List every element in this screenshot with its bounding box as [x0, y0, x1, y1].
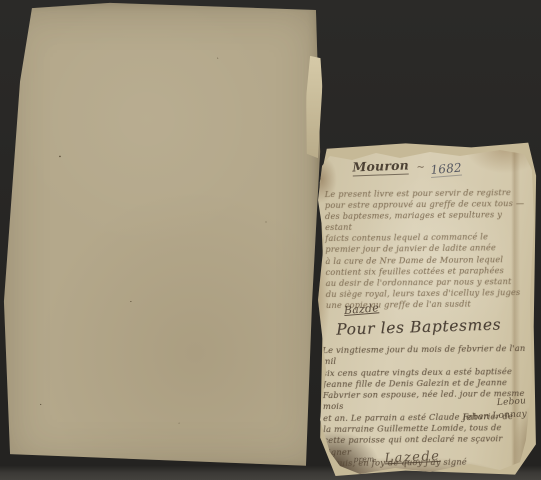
foot-note: prem. [353, 455, 376, 464]
attestation-paraph-signature: Bazde [344, 301, 380, 317]
manuscript-line: des baptesmes, mariages et sepultures y … [325, 209, 527, 233]
year-label: 1682 [430, 161, 462, 178]
foot-paraph-signature: Lazede [384, 449, 441, 467]
manuscript-line: Le vingtiesme jour du mois de febvrier d… [322, 343, 530, 368]
blank-left-page [2, 2, 324, 470]
priest-signatures: Lebou Jehan Lonnay [462, 395, 528, 425]
header-flourish: ~ [416, 162, 425, 173]
place-name: Mouron [352, 157, 409, 176]
attestation-paragraph: Le present livre est pour servir de regi… [325, 187, 528, 311]
scanned-document-view: Mouron ~ 1682 Le present livre est pour … [0, 0, 541, 480]
foot-annotation: prem. Lazede [353, 446, 440, 466]
manuscript-content: Mouron ~ 1682 Le present livre est pour … [312, 145, 539, 479]
manuscript-page: Mouron ~ 1682 Le present livre est pour … [314, 146, 538, 478]
section-title-baptisms: Pour les Baptesmes [336, 315, 501, 338]
